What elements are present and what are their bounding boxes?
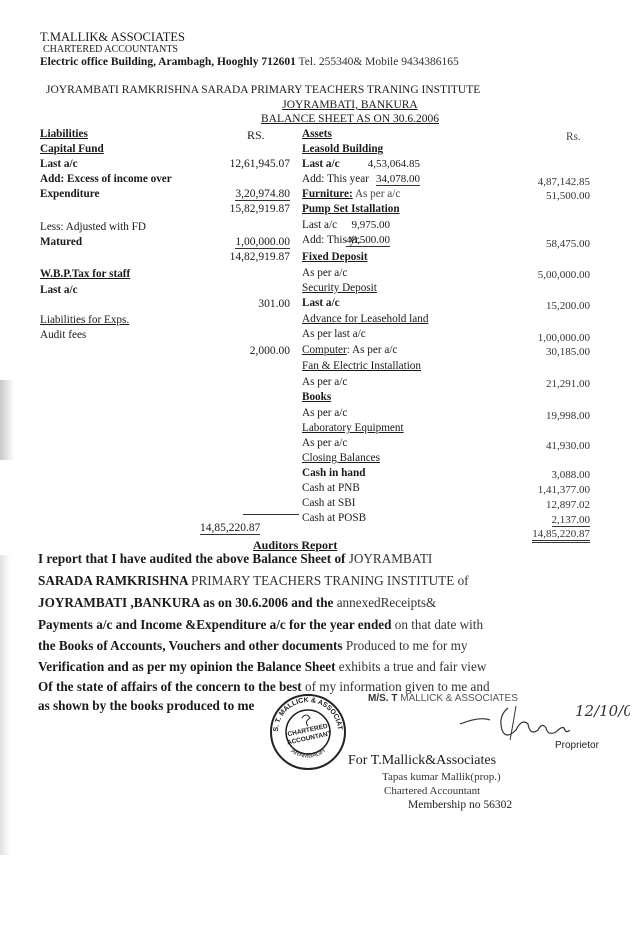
report-text: PRIMARY TEACHERS TRANING INSTITUTE of — [191, 573, 468, 588]
cash-in-hand-label: Cash in hand — [302, 467, 365, 479]
rs-right-header: Rs. — [566, 131, 581, 143]
liab-exps-label: Liabilities for Exps. — [40, 314, 129, 326]
wbp-amount: 301.00 — [180, 298, 290, 310]
cash-sbi-label: Cash at SBI — [302, 497, 355, 509]
wbp-tax-label: W.B.P.Tax for staff — [40, 268, 130, 280]
fd-amount: 5,00,000.00 — [470, 269, 590, 281]
subtotal-2: 14,82,919.87 — [180, 251, 290, 263]
firm-seal-stamp-icon: M/S. T. MALLICK & ASSOCIATES ARAMBAGH CH… — [268, 692, 348, 772]
ps-last-ac-amount: 9,975.00 — [310, 219, 390, 231]
wbp-last-ac-label: Last a/c — [40, 284, 78, 296]
report-text: on that date with — [395, 617, 483, 632]
fixed-deposit-label: Fixed Deposit — [302, 251, 368, 263]
closing-balances-label: Closing Balances — [302, 452, 380, 464]
institute-place-text: JOYRAMBATI, BANKURA — [282, 99, 417, 111]
signatory-title: Chartered Accountant — [384, 785, 480, 797]
handwritten-signature-icon: 12/10/06 — [430, 696, 630, 741]
cash-posb-amount: 2,137.00 — [470, 514, 590, 526]
balance-sheet-title-text: BALANCE SHEET AS ON 30.6.2006 — [261, 113, 439, 125]
report-line: I report that I have audited the above B… — [38, 551, 432, 567]
lab-equipment-label: Laboratory Equipment — [302, 422, 404, 434]
institute-name: JOYRAMBATI RAMKRISHNA SARADA PRIMARY TEA… — [46, 84, 480, 96]
firm-address-line: Electric office Building, Arambagh, Hoog… — [40, 56, 459, 68]
stamp-bottom-text: ARAMBAGH — [289, 747, 326, 759]
computer-row: Computer: As per a/c — [302, 344, 397, 356]
liabilities-total-text: 14,85,220.87 — [200, 522, 260, 535]
lb-last-ac-label: Last a/c — [302, 158, 340, 170]
furniture-rest: As per a/c — [353, 188, 401, 200]
add-excess-label: Add: Excess of income over — [40, 173, 172, 185]
books-amount: 19,998.00 — [470, 410, 590, 422]
firm-contact: Tel. 255340& Mobile 9434386165 — [299, 56, 459, 68]
firm-print-prefix: M/S. T — [368, 693, 400, 704]
report-line: as shown by the books produced to me — [38, 698, 254, 714]
subtotal-1: 15,82,919.87 — [180, 203, 290, 215]
sd-last-ac-label: Last a/c — [302, 297, 340, 309]
for-firm-line: For T.Mallick&Associates — [348, 753, 496, 769]
expenditure-amount: 3,20,974.80 — [180, 188, 290, 200]
fan-amount: 21,291.00 — [470, 378, 590, 390]
liabilities-header: Liabilities — [40, 128, 88, 140]
report-text: as shown by the books produced to me — [38, 698, 254, 713]
cash-posb-amount-text: 2,137.00 — [552, 514, 591, 527]
ps-add-amount: 48,500.00 — [310, 234, 390, 246]
report-line: Payments a/c and Income &Expenditure a/c… — [38, 617, 483, 633]
report-text: JOYRAMBATI ,BANKURA as on 30.6.2006 and … — [38, 595, 337, 610]
cash-in-hand-amount: 3,088.00 — [470, 469, 590, 481]
sd-amount: 15,200.00 — [470, 300, 590, 312]
institute-place: JOYRAMBATI, BANKURA — [0, 99, 640, 111]
fd-as-per-label: As per a/c — [302, 267, 347, 279]
firm-name: T.MALLIK& ASSOCIATES — [40, 30, 185, 45]
pump-set-label: Pump Set Istallation — [302, 203, 400, 215]
lab-as-per-label: As per a/c — [302, 437, 347, 449]
ps-add-amount-text: 48,500.00 — [346, 234, 390, 247]
furniture-label: Furniture: — [302, 188, 353, 200]
less-adjusted-label: Less: Adjusted with FD — [40, 221, 146, 233]
assets-header: Assets — [302, 128, 332, 140]
advance-land-label: Advance for Leasehold land — [302, 313, 428, 325]
adv-as-per-label: As per last a/c — [302, 328, 366, 340]
scan-artifact — [0, 555, 10, 855]
audit-fees-amount: 2,000.00 — [180, 345, 290, 357]
stamp-outer-text: M/S. T. MALLICK & ASSOCIATES — [268, 692, 343, 732]
expenditure-amount-text: 3,20,974.80 — [235, 188, 290, 201]
ps-total: 58,475.00 — [470, 238, 590, 250]
svg-text:ARAMBAGH: ARAMBAGH — [289, 747, 326, 759]
report-line: Verification and as per my opinion the B… — [38, 659, 486, 675]
computer-amount: 30,185.00 — [470, 346, 590, 358]
proprietor-label: Proprietor — [555, 740, 599, 751]
firm-subtitle: CHARTERED ACCOUNTANTS — [43, 44, 178, 55]
last-ac-amount: 12,61,945.07 — [180, 158, 290, 170]
cash-pnb-amount: 1,41,377.00 — [470, 484, 590, 496]
report-text: Of the state of affairs of the concern t… — [38, 679, 305, 694]
matured-amount: 1,00,000.00 — [180, 236, 290, 248]
lab-amount: 41,930.00 — [470, 440, 590, 452]
assets-total-text: 14,85,220.87 — [532, 528, 590, 543]
cash-pnb-label: Cash at PNB — [302, 482, 360, 494]
computer-rest: : As per a/c — [347, 344, 398, 356]
cash-posb-label: Cash at POSB — [302, 512, 366, 524]
assets-total: 14,85,220.87 — [470, 528, 590, 540]
balance-sheet-title: BALANCE SHEET AS ON 30.6.2006 — [0, 113, 640, 125]
svg-text:M/S. T. MALLICK & ASSOCIATES: M/S. T. MALLICK & ASSOCIATES — [268, 692, 343, 732]
audit-fees-label: Audit fees — [40, 329, 86, 341]
report-line: JOYRAMBATI ,BANKURA as on 30.6.2006 and … — [38, 595, 436, 611]
report-line: the Books of Accounts, Vouchers and othe… — [38, 638, 467, 654]
last-ac-label: Last a/c — [40, 158, 78, 170]
report-text: Payments a/c and Income &Expenditure a/c… — [38, 617, 395, 632]
lb-add-amount-text: 34,078.00 — [376, 173, 420, 186]
report-text: Verification and as per my opinion the B… — [38, 659, 339, 674]
computer-label: Computer — [302, 344, 347, 356]
membership-number: Membership no 56302 — [408, 799, 512, 811]
furniture-amount: 51,500.00 — [470, 190, 590, 202]
books-label: Books — [302, 391, 331, 403]
lb-add-amount: 34,078.00 — [340, 173, 420, 185]
security-deposit-label: Security Deposit — [302, 282, 377, 294]
report-text: JOYRAMBATI — [349, 551, 433, 566]
matured-label: Matured — [40, 236, 82, 248]
firm-address: Electric office Building, Arambagh, Hoog… — [40, 56, 296, 68]
lb-total: 4,87,142.85 — [470, 176, 590, 188]
adv-amount: 1,00,000.00 — [470, 332, 590, 344]
handwritten-date: 12/10/06 — [575, 702, 630, 720]
report-text: annexedReceipts& — [337, 595, 437, 610]
report-text: Produced to me for my — [346, 638, 468, 653]
lb-last-ac-amount: 4,53,064.85 — [340, 158, 420, 170]
total-rule-left — [243, 514, 299, 515]
cash-sbi-amount: 12,897.02 — [470, 499, 590, 511]
expenditure-label: Expenditure — [40, 188, 99, 200]
report-text: the Books of Accounts, Vouchers and othe… — [38, 638, 346, 653]
liabilities-total: 14,85,220.87 — [200, 522, 300, 534]
leasold-building-label: Leasold Building — [302, 143, 383, 155]
capital-fund-label: Capital Fund — [40, 143, 104, 155]
fan-as-per-label: As per a/c — [302, 376, 347, 388]
rs-left-header: RS. — [247, 128, 265, 143]
report-text: exhibits a true and fair view — [339, 659, 487, 674]
report-text: I report that I have audited the above B… — [38, 551, 349, 566]
books-as-per-label: As per a/c — [302, 407, 347, 419]
matured-amount-text: 1,00,000.00 — [235, 236, 290, 249]
scan-artifact — [0, 380, 14, 460]
report-text: SARADA RAMKRISHNA — [38, 573, 191, 588]
furniture-row: Furniture: As per a/c — [302, 188, 400, 200]
report-line: SARADA RAMKRISHNA PRIMARY TEACHERS TRANI… — [38, 573, 469, 589]
signatory-name: Tapas kumar Mallik(prop.) — [382, 771, 501, 783]
fan-electric-label: Fan & Electric Installation — [302, 360, 421, 372]
